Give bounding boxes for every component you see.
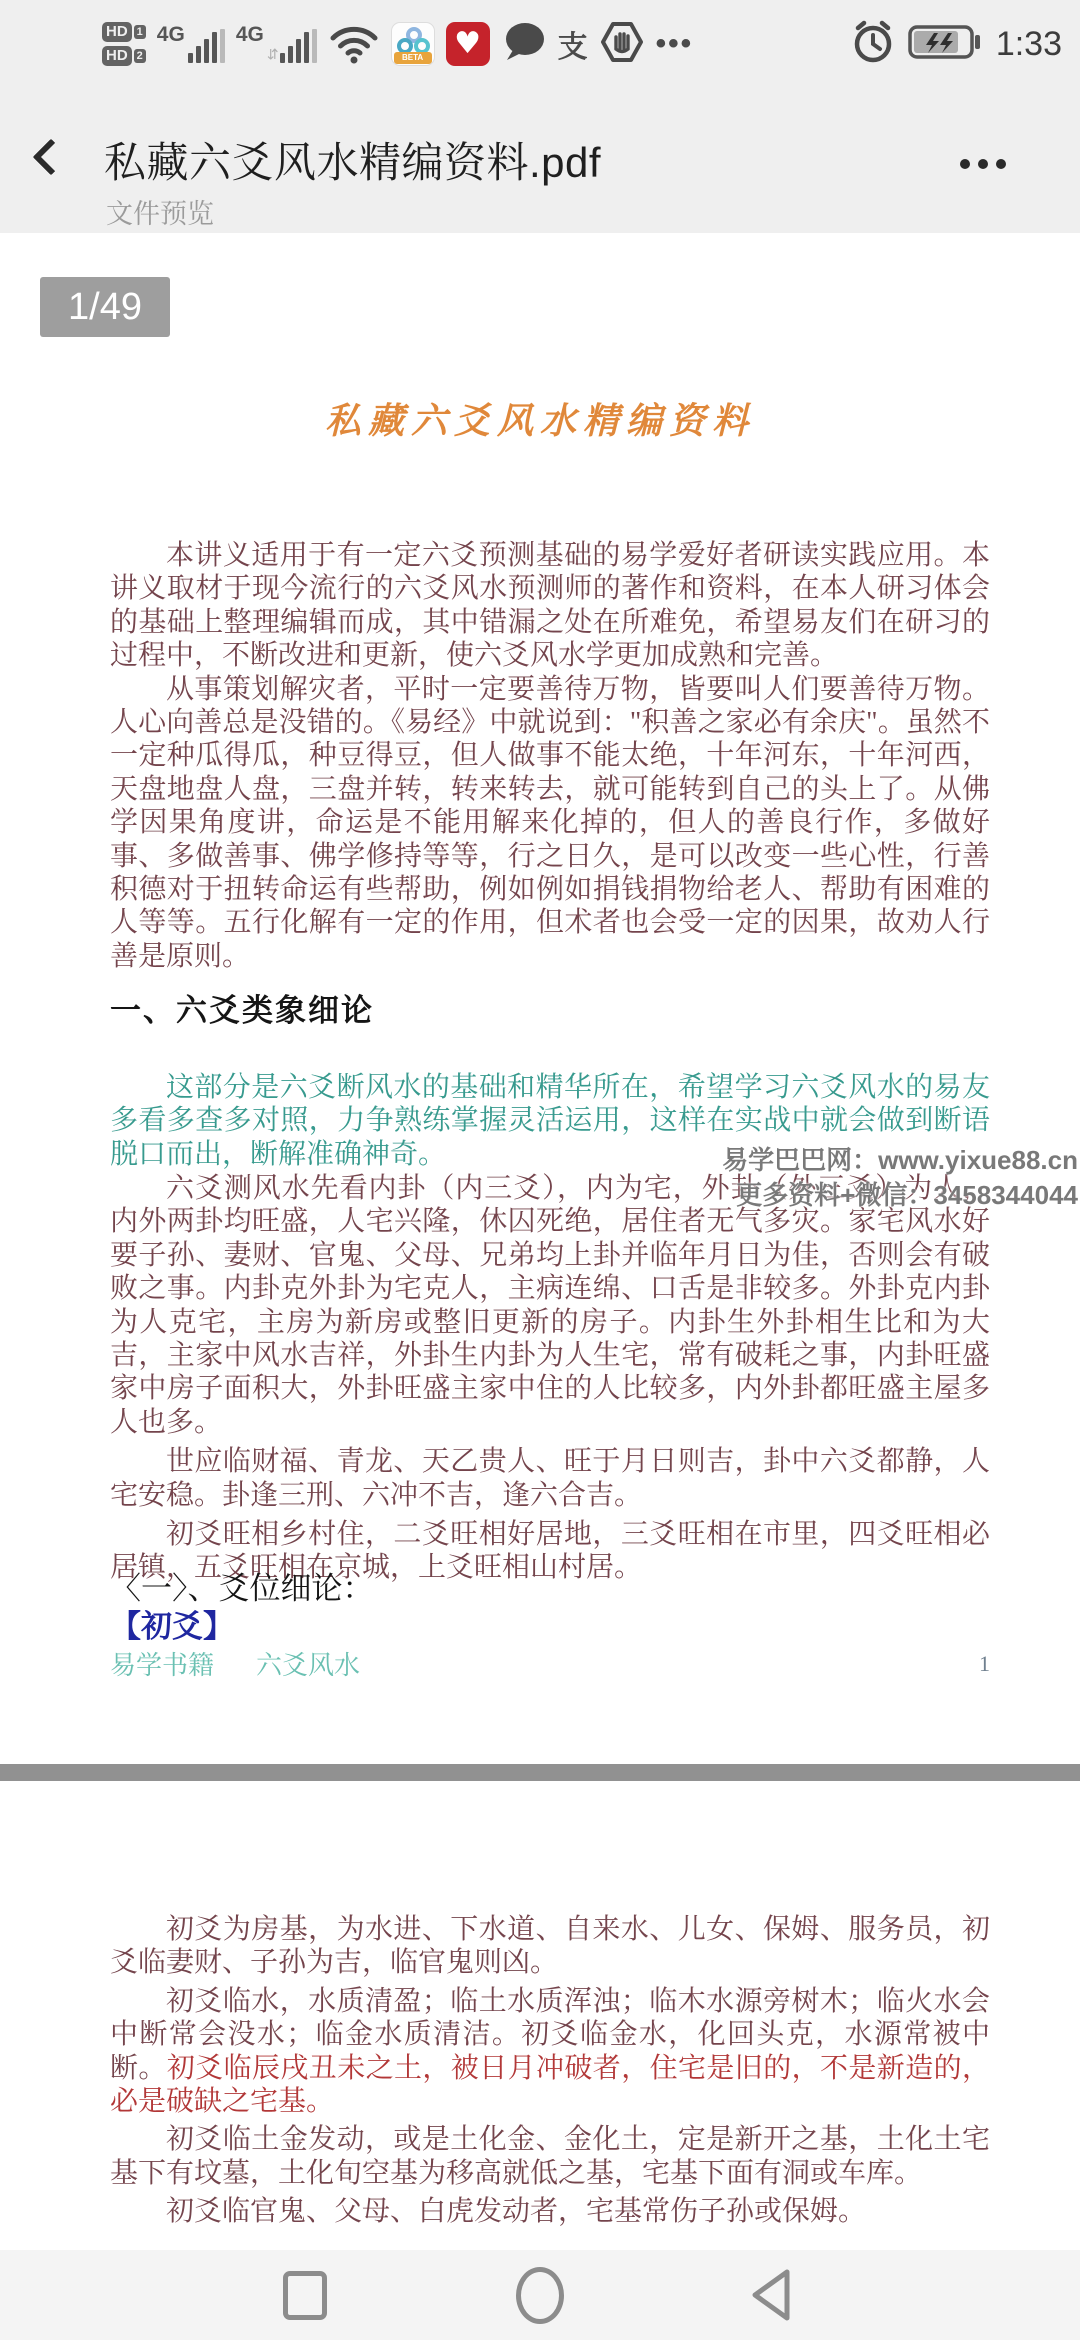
site-watermark: 易学巴巴网：www.yixue88.cn 更多资料+微信：3458344044 [558, 1143, 1078, 1213]
signal-bars-icon [280, 29, 317, 63]
body-paragraphs: 六爻测风水先看内卦（内三爻），内为宅，外卦（外三爻）为人，内外两卦均旺盛，人宅兴… [110, 1172, 990, 1585]
menu-dots-icon [978, 159, 988, 169]
file-preview-label: 文件预览 [106, 192, 214, 231]
footer-tag-books: 易学书籍 [110, 1645, 214, 1682]
recents-button[interactable] [250, 2250, 360, 2340]
paragraph: 本讲义适用于有一定六爻预测基础的易学爱好者研读实践应用。本讲义取材于现今流行的六… [110, 539, 990, 673]
paragraph-red-span: 初爻临辰戌丑未之土，被日月冲破者，住宅是旧的，不是新造的，必是破缺之宅基。 [110, 2053, 990, 2117]
hd2-label: HD [102, 46, 132, 66]
back-nav-button[interactable] [715, 2250, 825, 2340]
hd1-sim-number: 1 [134, 25, 146, 39]
footer-tag-fengshui: 六爻风水 [256, 1645, 360, 1682]
hd2-badge: HD 2 [102, 46, 146, 66]
status-bar: HD 1 HD 2 4G 4G ⇵ [0, 0, 1080, 88]
signal-bars-icon [188, 29, 225, 63]
app-notification-heart-icon: ♥ [446, 22, 490, 66]
page2-paragraphs: 初爻为房基，为水进、下水道、自来水、儿女、保姆、服务员，初爻临妻财、子孙为吉，临… [110, 1913, 990, 2229]
hd1-badge: HD 1 [102, 22, 146, 42]
sim1-signal: 4G [157, 25, 225, 63]
alarm-clock-icon [850, 19, 896, 70]
back-chevron-icon [33, 139, 70, 176]
file-title: 私藏六爻风水精编资料.pdf [104, 130, 601, 190]
home-button[interactable] [485, 2250, 595, 2340]
hand-hexagon-icon [599, 19, 645, 70]
page-indicator-badge: 1/49 [40, 277, 170, 337]
watermark-url: 易学巴巴网：www.yixue88.cn [558, 1143, 1078, 1178]
first-yao-label: 【初爻】 [110, 1601, 990, 1646]
more-notifications-icon: ••• [656, 27, 694, 61]
android-navigation-bar [0, 2250, 1080, 2340]
menu-dots-icon [960, 159, 970, 169]
pdf-page-2: 初爻为房基，为水进、下水道、自来水、儿女、保姆、服务员，初爻临妻财、子孙为吉，临… [0, 1781, 1080, 2250]
pdf-page-1: 私藏六爻风水精编资料 本讲义适用于有一定六爻预测基础的易学爱好者研读实践应用。本… [0, 233, 1080, 1764]
paragraph: 初爻临土金发动，或是土化金、金化土，定是新开之基，土化土宅基下有坟墓，土化旬空基… [110, 2123, 990, 2190]
back-button[interactable] [28, 130, 72, 190]
paragraph: 初爻临官鬼、父母、白虎发动者，宅基常伤子孙或保姆。 [110, 2195, 990, 2228]
battery-charging-icon [908, 21, 984, 68]
more-menu-button[interactable] [960, 144, 1030, 184]
hd-badges: HD 1 HD 2 [102, 22, 146, 66]
back-triangle-icon [747, 2266, 793, 2324]
paragraph: 初爻为房基，为水进、下水道、自来水、儿女、保姆、服务员，初爻临妻财、子孙为吉，临… [110, 1913, 990, 1980]
section-heading-1: 一、六爻类象细论 [110, 985, 990, 1030]
beta-ribbon-label: BETA [394, 52, 432, 64]
menu-dots-icon [996, 159, 1006, 169]
paragraph: 初爻临水，水质清盈；临土水质浑浊；临木水源旁树木；临火水会中断常会没水；临金水质… [110, 1985, 990, 2119]
recents-square-icon [283, 2271, 327, 2320]
watermark-wechat: 更多资料+微信：3458344044 [558, 1178, 1078, 1213]
sim2-signal: 4G ⇵ [236, 25, 317, 63]
paragraph: 从事策划解灾者，平时一定要善待万物，皆要叫人们要善待万物。人心向善总是没错的。《… [110, 673, 990, 974]
wifi-icon [328, 20, 380, 69]
hd1-label: HD [102, 22, 132, 42]
document-title: 私藏六爻风水精编资料 [0, 393, 1080, 444]
intro-paragraphs: 本讲义适用于有一定六爻预测基础的易学爱好者研读实践应用。本讲义取材于现今流行的六… [110, 539, 990, 973]
file-preview-header: 私藏六爻风水精编资料.pdf 文件预览 [0, 88, 1080, 233]
paragraph: 世应临财福、青龙、天乙贵人、旺于月日则吉，卦中六爻都静，人宅安稳。卦逢三刑、六冲… [110, 1445, 990, 1512]
heart-icon: ♥ [454, 29, 481, 59]
home-circle-icon [516, 2267, 564, 2324]
chat-bubble-icon [501, 20, 547, 69]
footer-page-number: 1 [979, 1651, 990, 1677]
data-arrows-icon: ⇵ [267, 46, 277, 63]
status-time: 1:33 [996, 25, 1062, 64]
page-footer: 易学书籍 六爻风水 1 [110, 1645, 990, 1682]
hd2-sim-number: 2 [134, 49, 146, 63]
app-notification-beta-icon: BETA [391, 22, 435, 66]
alipay-icon: 支 [558, 22, 588, 66]
sim2-network-label: 4G [236, 25, 264, 45]
page-separator [0, 1764, 1080, 1781]
sim1-network-label: 4G [157, 25, 185, 45]
top-zone: HD 1 HD 2 4G 4G ⇵ [0, 0, 1080, 233]
